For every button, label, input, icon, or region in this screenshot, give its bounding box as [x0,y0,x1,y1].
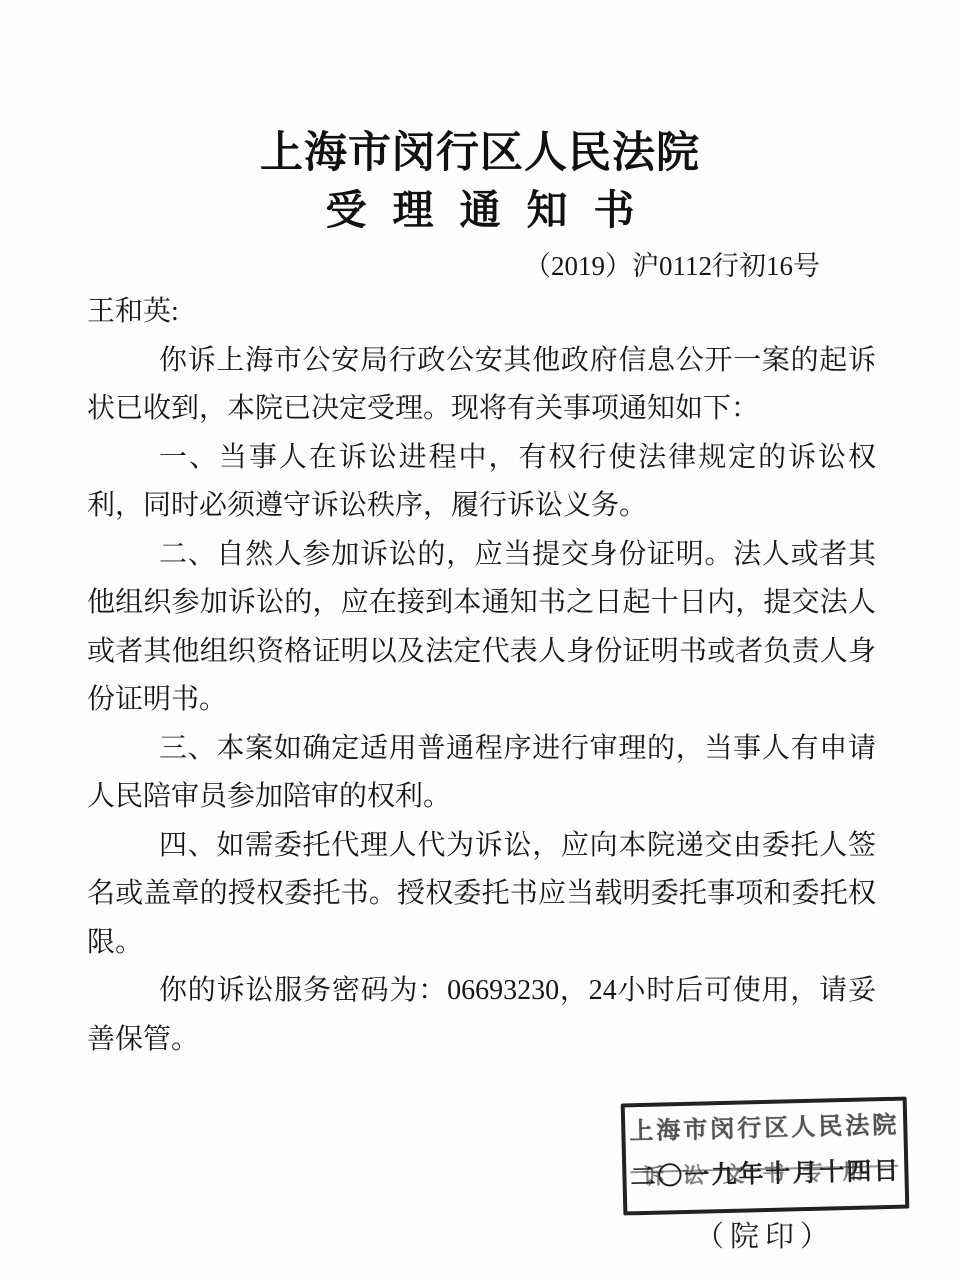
paragraph-item-1: 一、当事人在诉讼进程中，有权行使法律规定的诉讼权利，同时必须遵守诉讼秩序，履行诉… [87,434,876,531]
court-name-heading: 上海市闵行区人民法院 [0,0,960,178]
scanned-court-notice-page: 上海市闵行区人民法院 受理通知书 （2019）沪0112行初16号 王和英: 你… [0,0,960,1280]
stamp-court-name: 上海市闵行区人民法院 [625,1111,904,1148]
paragraph-intro: 你诉上海市公安局行政公安其他政府信息公开一案的起诉状已收到，本院已决定受理。现将… [87,337,876,434]
stamp-date: 二〇一九年十月十四日 [626,1151,905,1194]
seal-caption: （院印） [622,1214,908,1255]
court-seal-stamp: 上海市闵行区人民法院 诉讼文书专用 二〇一九年十月十四日 [621,1097,910,1216]
paragraph-service-password: 你的诉讼服务密码为：06693230，24小时后可使用，请妥善保管。 [87,967,876,1064]
stamp-date-line: 诉讼文书专用 二〇一九年十月十四日 [626,1149,905,1196]
document-body: 王和英: 你诉上海市公安局行政公安其他政府信息公开一案的起诉状已收到，本院已决定… [87,288,876,1064]
paragraph-item-3: 三、本案如确定适用普通程序进行审理的，当事人有申请人民陪审员参加陪审的权利。 [87,725,876,822]
paragraph-item-2: 二、自然人参加诉讼的，应当提交身份证明。法人或者其他组织参加诉讼的，应在接到本通… [87,531,876,725]
document-title: 受理通知书 [0,184,960,236]
paragraph-item-4: 四、如需委托代理人代为诉讼，应向本院递交由委托人签名或盖章的授权委托书。授权委托… [87,822,876,968]
recipient-name: 王和英: [87,288,876,337]
case-number: （2019）沪0112行初16号 [0,248,820,284]
